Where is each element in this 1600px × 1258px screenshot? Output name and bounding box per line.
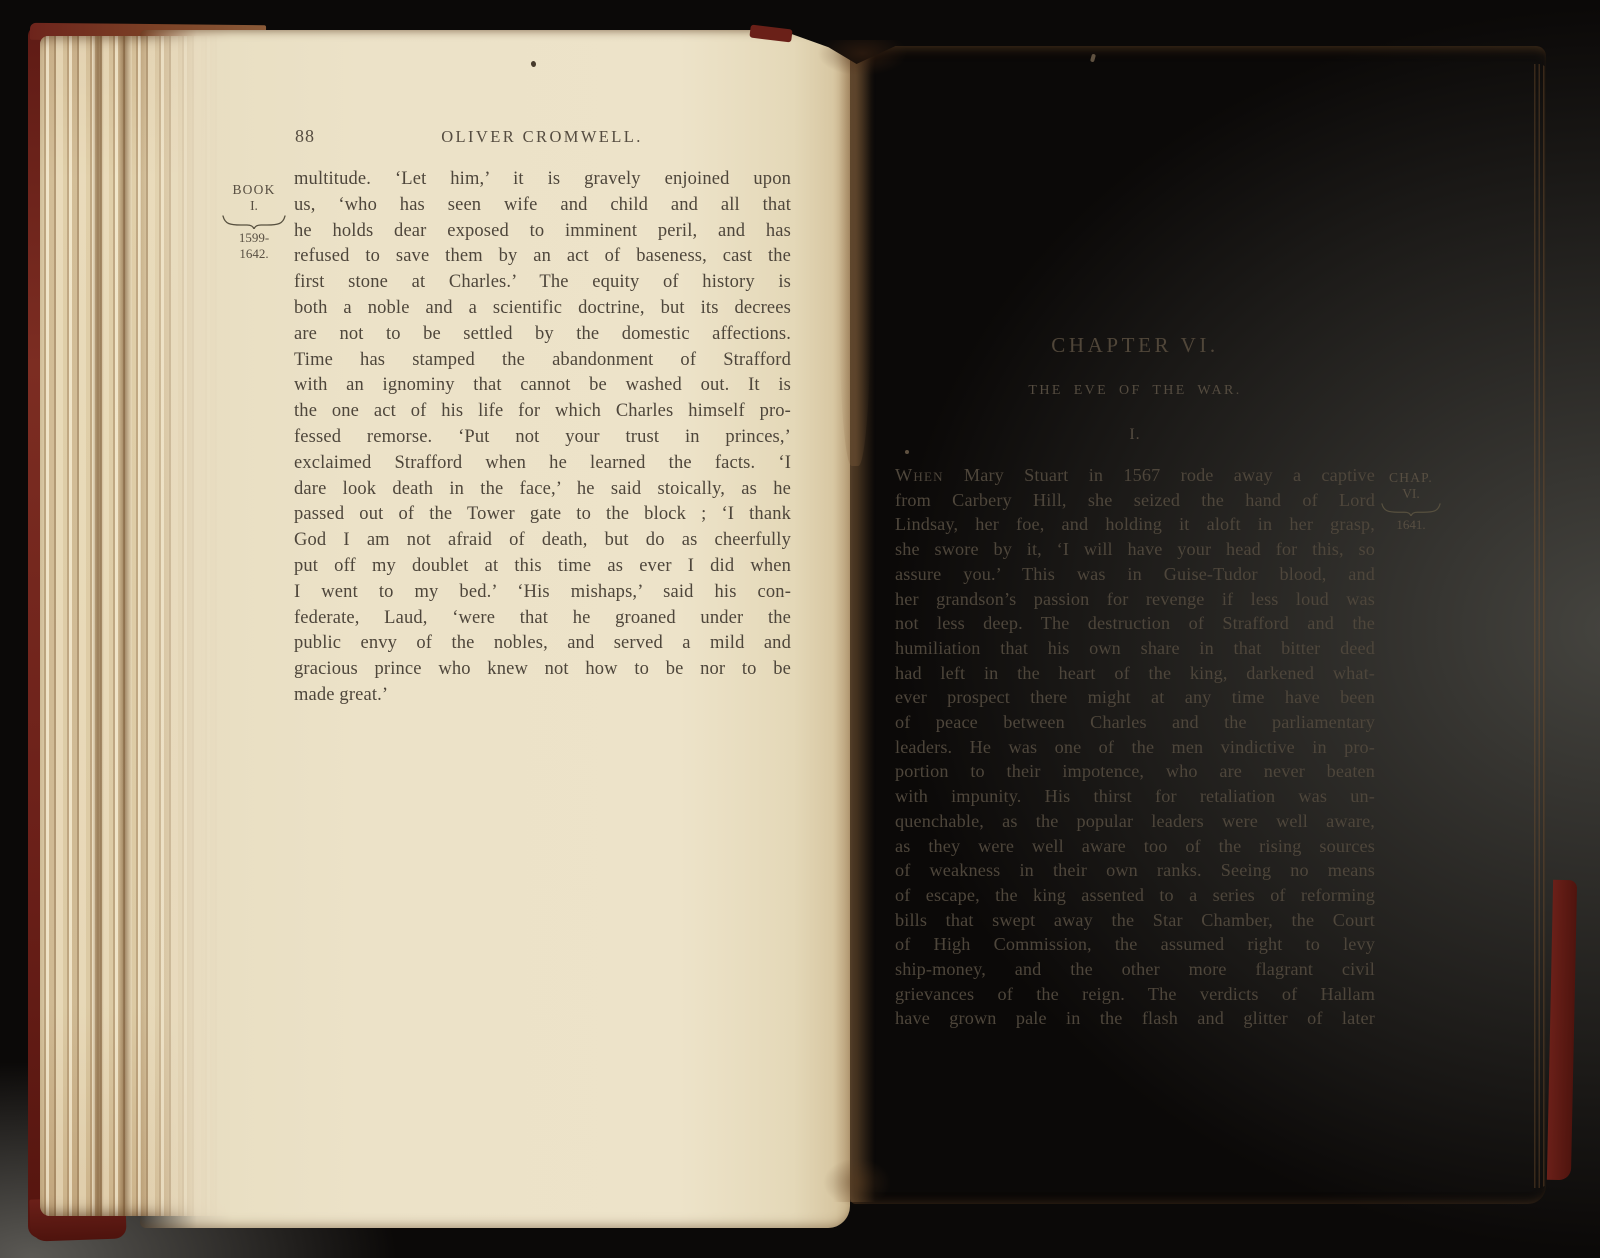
gutter-bottom-shadow (812, 1144, 902, 1208)
margin-date: 1641. (1378, 518, 1444, 532)
chapter-heading: CHAPTER VI. (895, 333, 1375, 358)
left-page-header: 88 OLIVER CROMWELL. (293, 126, 791, 152)
text-line: I went to my bed.’ ‘His mishaps,’ said h… (294, 580, 791, 606)
chapter-subtitle: THE EVE OF THE WAR. (895, 383, 1375, 399)
text-line: When Mary Stuart in 1567 rode away a cap… (895, 463, 1375, 488)
text-line: her grandson’s passion for revenge if le… (895, 587, 1375, 612)
text-line: with impunity. His thirst for retaliatio… (895, 784, 1375, 809)
small-caps-word: When (895, 465, 944, 485)
margin-date-range-line2: 1642. (220, 247, 288, 261)
text-line: with an ignominy that cannot be washed o… (294, 373, 791, 399)
text-line: federate, Laud, ‘were that he groaned un… (294, 606, 791, 632)
text-line: the one act of his life for which Charle… (294, 399, 791, 425)
text-line: had left in the heart of the king, darke… (895, 661, 1375, 686)
book-cover-right-edge (1547, 880, 1577, 1180)
text-line: humiliation that his own share in that b… (895, 636, 1375, 661)
page-stack-groove (118, 36, 132, 1216)
text-line: put off my doublet at this time as ever … (294, 554, 791, 580)
margin-book-label: BOOK (220, 182, 288, 197)
text-line: of escape, the king assented to a series… (895, 883, 1375, 908)
section-numeral: I. (895, 426, 1375, 444)
text-line: public envy of the nobles, and served a … (294, 631, 791, 657)
right-page-edge-lines (1534, 64, 1547, 1188)
text-line: leaders. He was one of the men vindictiv… (895, 735, 1375, 760)
text-line: assure you.’ This was in Guise-Tudor blo… (895, 562, 1375, 587)
left-page-body-text: multitude. ‘Let him,’ it is gravely enjo… (294, 167, 791, 709)
text-line: from Carbery Hill, she seized the hand o… (895, 488, 1375, 513)
text-line: made great.’ (294, 683, 791, 709)
running-title: OLIVER CROMWELL. (293, 127, 791, 147)
text-line: refused to save them by an act of basene… (294, 244, 791, 270)
text-line: he holds dear exposed to imminent peril,… (294, 219, 791, 245)
text-line: of High Commission, the assumed right to… (895, 932, 1375, 957)
text-line: of weakness in their own ranks. Seeing n… (895, 858, 1375, 883)
text-line: ship-money, and the other more flagrant … (895, 957, 1375, 982)
text-line: exclaimed Strafford when he learned the … (294, 451, 791, 477)
margin-date-range-line1: 1599- (220, 231, 288, 245)
left-margin-note: BOOK I. 1599- 1642. (220, 182, 288, 260)
text-line: first stone at Charles.’ The equity of h… (294, 270, 791, 296)
text-line: portion to their impotence, who are neve… (895, 759, 1375, 784)
text-line: God I am not afraid of death, but do as … (294, 528, 791, 554)
open-book-photograph: 88 OLIVER CROMWELL. BOOK I. 1599- 1642. … (0, 0, 1600, 1258)
text-line: are not to be settled by the domestic af… (294, 322, 791, 348)
text-line: as they were well aware too of the risin… (895, 834, 1375, 859)
text-line: bills that swept away the Star Chamber, … (895, 908, 1375, 933)
curly-brace (1380, 501, 1442, 516)
text-line: not less deep. The destruction of Straff… (895, 611, 1375, 636)
curly-brace (221, 213, 287, 229)
text-line: she swore by it, ‘I will have your head … (895, 537, 1375, 562)
margin-chapter-label: CHAP. (1378, 470, 1444, 485)
text-line: both a noble and a scientific doctrine, … (294, 296, 791, 322)
text-line: grievances of the reign. The verdicts of… (895, 982, 1375, 1007)
page-stack-groove (92, 36, 104, 1216)
paper-blemish (905, 450, 909, 454)
text-line: fessed remorse. ‘Put not your trust in p… (294, 425, 791, 451)
margin-chapter-numeral: VI. (1378, 486, 1444, 501)
gutter-top-shadow (798, 40, 922, 114)
text-line: us, ‘who has seen wife and child and all… (294, 193, 791, 219)
text-line: passed out of the Tower gate to the bloc… (294, 502, 791, 528)
margin-book-numeral: I. (220, 198, 288, 213)
text-line: dare look death in the face,’ he said st… (294, 477, 791, 503)
text-line: Lindsay, her foe, and holding it aloft i… (895, 512, 1375, 537)
text-line: of peace between Charles and the parliam… (895, 710, 1375, 735)
right-margin-note: CHAP. VI. 1641. (1378, 470, 1444, 532)
text-line: have grown pale in the flash and glitter… (895, 1006, 1375, 1031)
text-line: multitude. ‘Let him,’ it is gravely enjo… (294, 167, 791, 193)
text-line: Time has stamped the abandonment of Stra… (294, 348, 791, 374)
text-line: gracious prince who knew not how to be n… (294, 657, 791, 683)
text-line: ever prospect there might at any time ha… (895, 685, 1375, 710)
right-page-body-text: When Mary Stuart in 1567 rode away a cap… (895, 463, 1375, 1031)
text-line: quenchable, as the popular leaders were … (895, 809, 1375, 834)
